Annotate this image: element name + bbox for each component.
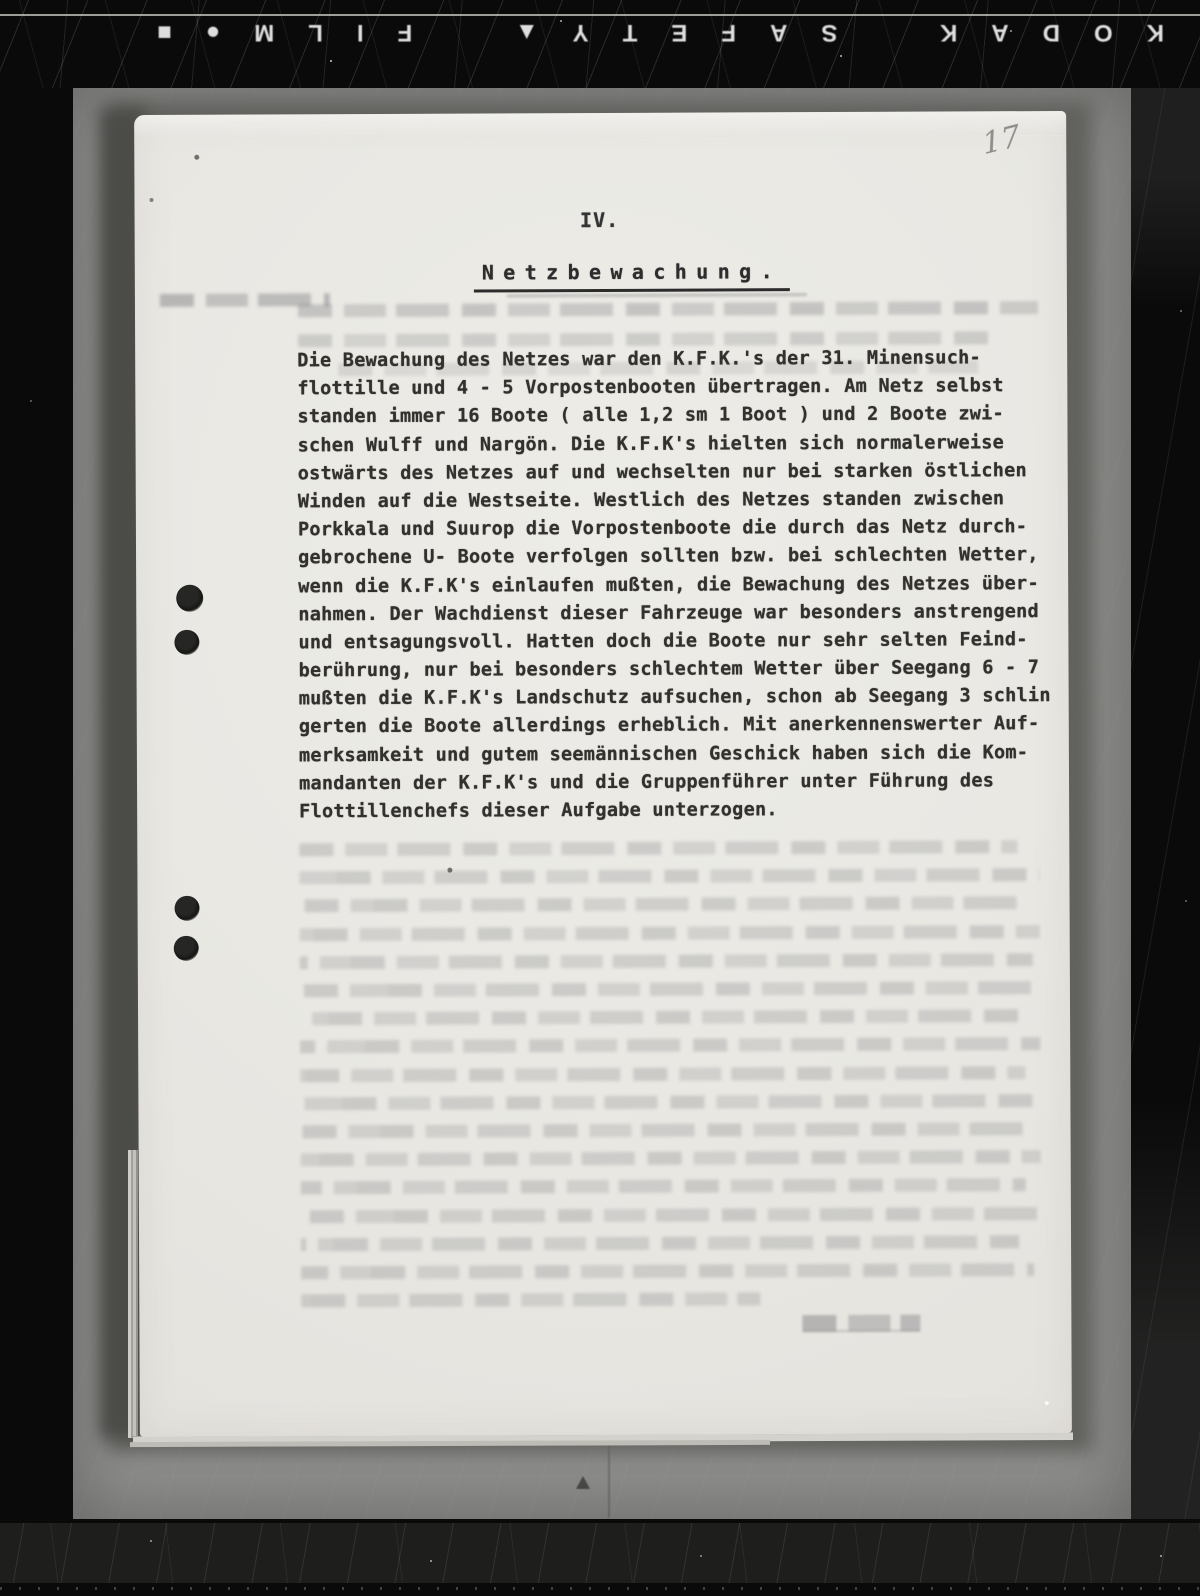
- film-bottom-band: [0, 1523, 1200, 1583]
- film-edge-text: KODAK SAFETY▲ FILM●■: [86, 12, 1164, 46]
- typed-line: Die Bewachung des Netzes war den K.F.K.'…: [297, 344, 1045, 375]
- ghost-line: [301, 1235, 1019, 1251]
- ghost-line: [300, 897, 1025, 913]
- microfilm-scan: 17 IV. Netzbewachung. Die Bewachung des …: [0, 0, 1200, 1596]
- film-frame-bottom: [0, 1519, 1200, 1596]
- film-frame-top: KODAK SAFETY▲ FILM●■: [0, 0, 1200, 88]
- page-title: Netzbewachung.: [474, 259, 790, 292]
- typed-line: mandanten der K.F.K's und die Gruppenfüh…: [299, 767, 1047, 798]
- ghost-line: [300, 1037, 1040, 1053]
- ghost-line: [301, 1263, 1034, 1279]
- handwritten-page-number: 17: [980, 119, 1022, 163]
- ghost-line: [300, 953, 1033, 969]
- paper-speck: [149, 198, 153, 202]
- punch-hole: [174, 936, 199, 961]
- ghost-line: [300, 925, 1040, 941]
- typed-line: schen Wulff und Nargön. Die K.F.K's hiel…: [298, 429, 1046, 460]
- typed-line: Flottillenchefs dieser Aufgabe unterzoge…: [299, 795, 1047, 826]
- typed-line: nahmen. Der Wachdienst dieser Fahrzeuge …: [298, 598, 1046, 629]
- triangle-mark: [576, 1476, 590, 1489]
- ghost-fragment: [298, 301, 1038, 317]
- typed-line: mußten die K.F.K's Landschutz aufsuchen,…: [299, 682, 1047, 713]
- ghost-line: [301, 1179, 1026, 1195]
- punch-hole: [176, 585, 203, 612]
- typed-paragraph: Die Bewachung des Netzes war den K.F.K.'…: [297, 344, 1047, 826]
- typed-line: merksamkeit und gutem seemännischen Gesc…: [299, 739, 1047, 770]
- film-frame-right: [1131, 88, 1200, 1519]
- ghost-line: [300, 1094, 1040, 1110]
- typed-line: berührung, nur bei besonders schlechtem …: [298, 654, 1046, 685]
- document-page: 17 IV. Netzbewachung. Die Bewachung des …: [134, 111, 1072, 1437]
- typed-line: Porkkala und Suurop die Vorpostenboote d…: [298, 513, 1046, 544]
- film-speck-row: [0, 1587, 1200, 1590]
- ghost-line: [301, 1122, 1034, 1138]
- page-stack-edge-left: [128, 1150, 138, 1438]
- typed-line: gerten die Boote allerdings erheblich. M…: [299, 711, 1047, 742]
- typed-line: und entsagungsvoll. Hatten doch die Boot…: [298, 626, 1046, 657]
- typed-line: wenn die K.F.K's einlaufen mußten, die B…: [298, 570, 1046, 601]
- film-frame-left: [0, 88, 73, 1519]
- paper-speck: [447, 868, 452, 873]
- page-top-sheen: [134, 111, 1066, 140]
- film-dust-specks: [330, 60, 332, 62]
- punch-hole: [174, 630, 199, 655]
- typed-line: Winden auf die Westseite. Westlich des N…: [298, 485, 1046, 516]
- title-underline-ghost: [507, 293, 807, 297]
- ghost-line: [300, 981, 1040, 997]
- paper-speck: [1045, 1401, 1049, 1405]
- section-number-heading: IV.: [540, 208, 660, 233]
- punch-hole: [175, 896, 200, 921]
- typed-line: gebrochene U- Boote verfolgen sollten bz…: [298, 541, 1046, 572]
- paper-speck: [194, 155, 199, 160]
- ghost-line: [301, 1293, 760, 1308]
- typed-line: ostwärts des Netzes auf und wechselten n…: [298, 457, 1046, 488]
- typed-line: flottille und 4 - 5 Vorpostenbooten über…: [297, 372, 1045, 403]
- typed-line: standen immer 16 Boote ( alle 1,2 sm 1 B…: [297, 400, 1045, 431]
- ghost-line: [301, 1207, 1041, 1223]
- ghost-line: [299, 868, 1039, 884]
- ghost-line: [299, 840, 1017, 856]
- ghost-line: [300, 1066, 1025, 1082]
- ghost-line: [301, 1150, 1041, 1166]
- ghost-catchword: [802, 1315, 920, 1333]
- ghost-line: [300, 1009, 1018, 1025]
